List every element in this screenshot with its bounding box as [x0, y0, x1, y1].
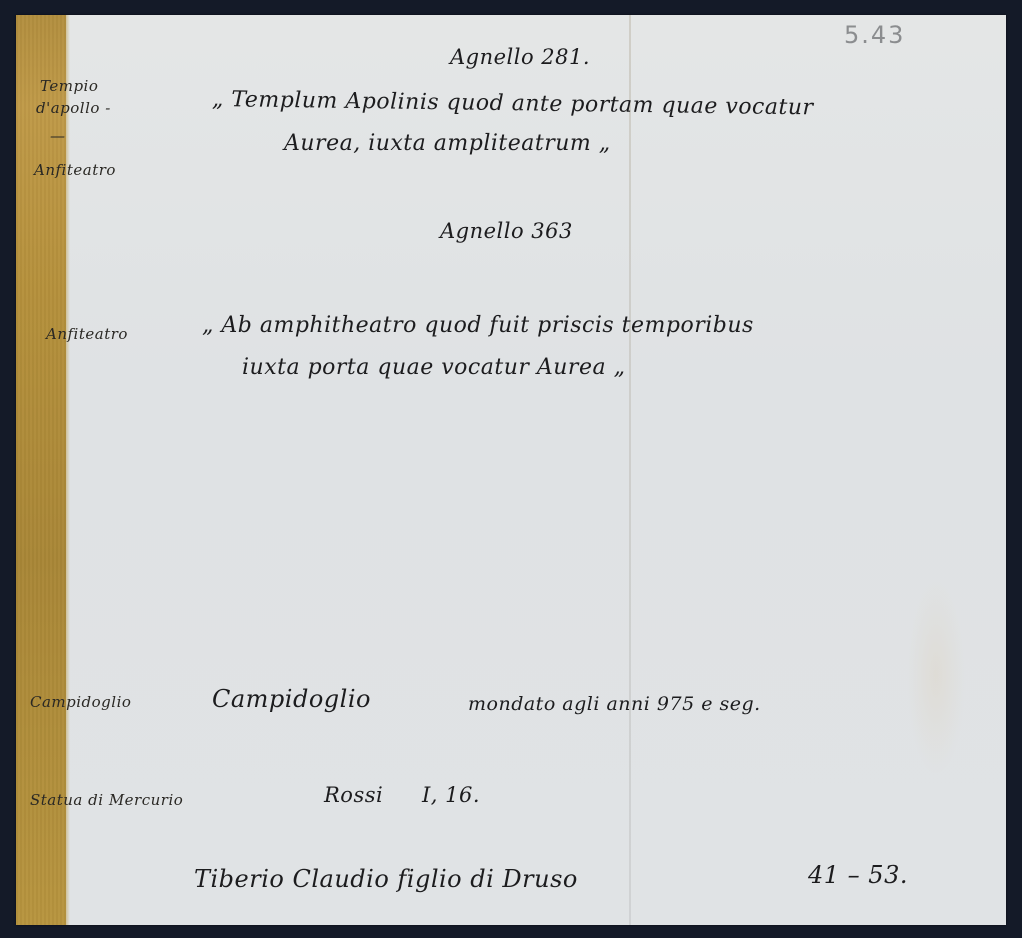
margin-note-tempio: Tempio [40, 77, 98, 95]
entry-tiberio-years: 41 – 53. [808, 861, 908, 889]
margin-note-anfiteatro-2: Anfiteatro [46, 325, 128, 343]
tape-edge [66, 15, 70, 925]
entry-rossi-volume: I, 16. [422, 783, 480, 807]
margin-note-statua-mercurio: Statua di Mercurio [30, 791, 183, 809]
margin-note-apollo: d'apollo - [36, 99, 111, 117]
archive-number: 5.43 [844, 21, 905, 49]
fold-crease [629, 15, 631, 925]
section-2-heading: Agnello 363 [440, 219, 573, 243]
margin-note-campidoglio: Campidoglio [30, 693, 131, 711]
section-2-quote-line-2: iuxta porta quae vocatur Aurea „ [242, 355, 625, 380]
entry-tiberio-claudio: Tiberio Claudio figlio di Druso [194, 865, 578, 893]
manuscript-page: 5.43 Agnello 281. Tempio d'apollo - — An… [16, 15, 1006, 925]
section-2-quote-line-1: „ Ab amphitheatro quod fuit priscis temp… [202, 313, 754, 338]
section-1-heading: Agnello 281. [450, 45, 590, 69]
entry-rossi-ref: Rossi [324, 783, 383, 807]
entry-campidoglio-detail: mondato agli anni 975 e seg. [468, 693, 761, 715]
margin-note-anfiteatro-1: Anfiteatro [34, 161, 116, 179]
section-1-quote-line-2: Aurea, iuxta ampliteatrum „ [284, 131, 611, 156]
section-1-quote-line-1: „ Templum Apolinis quod ante portam quae… [212, 87, 814, 120]
margin-note-dash: — [50, 127, 66, 145]
entry-campidoglio-title: Campidoglio [212, 685, 371, 713]
adhesive-tape-strip [16, 15, 66, 925]
